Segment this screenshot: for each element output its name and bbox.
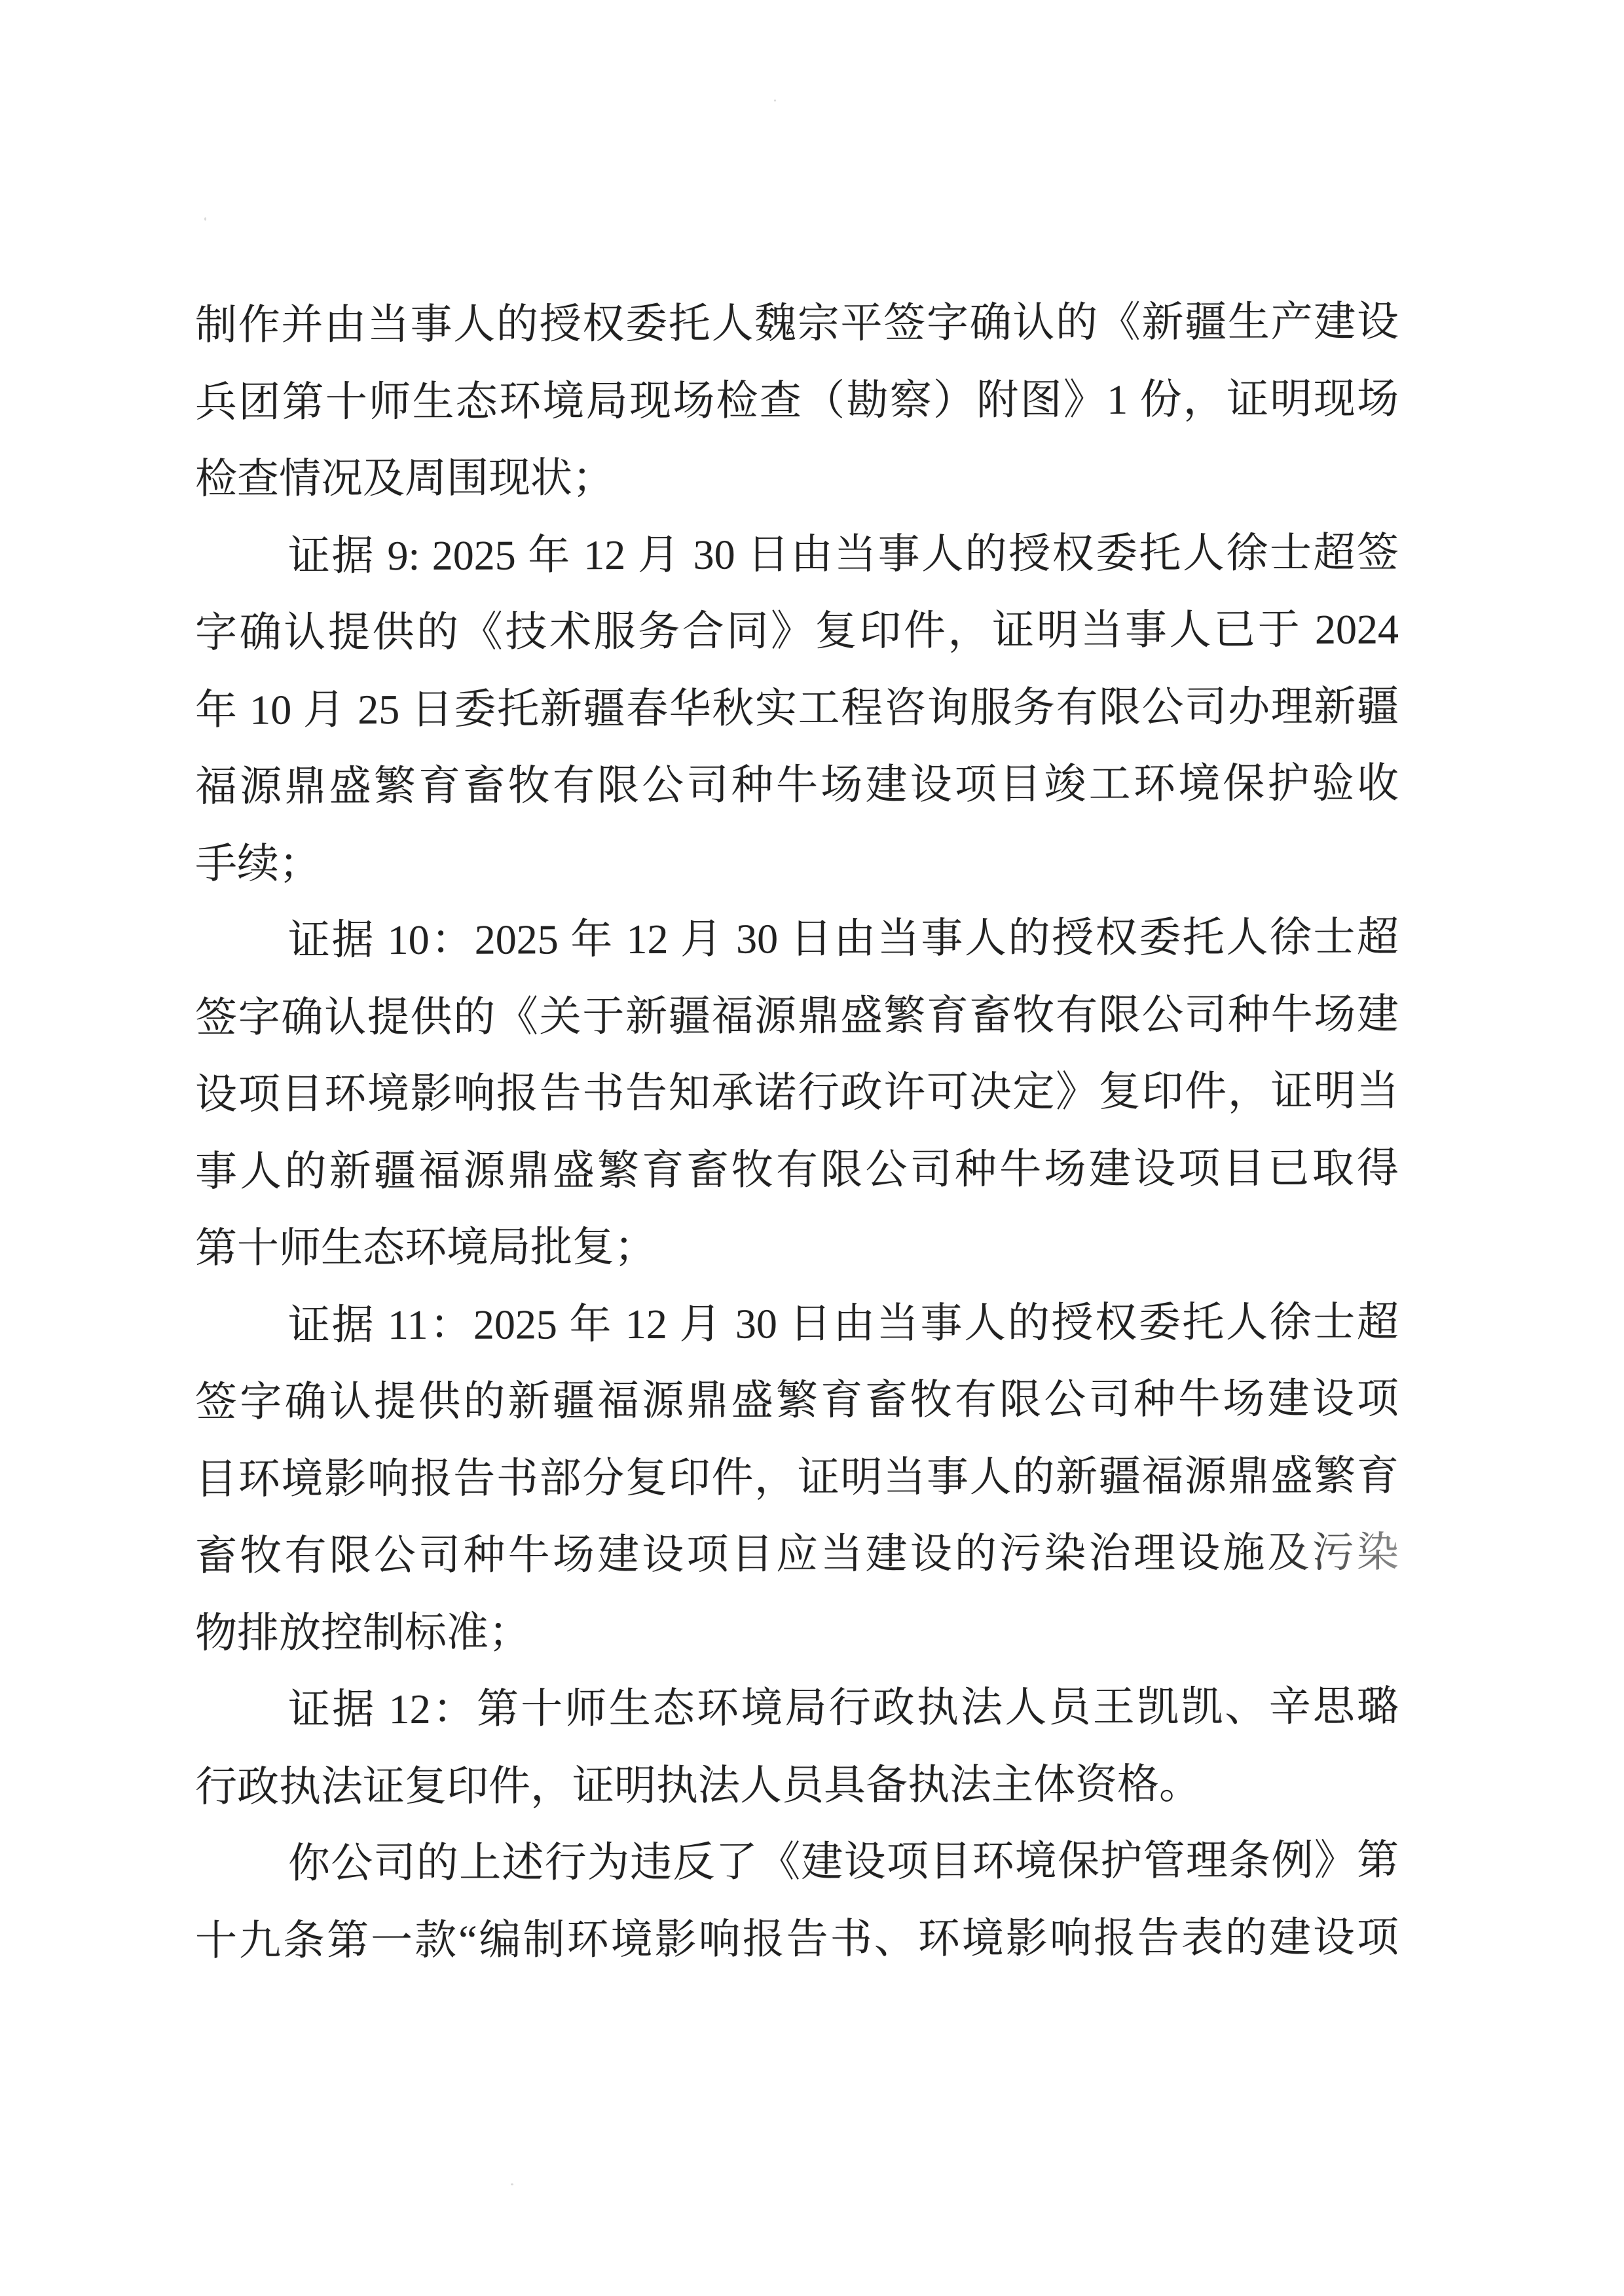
text-line: 签字确认提供的《关于新疆福源鼎盛繁育畜牧有限公司种牛场建 (195, 975, 1399, 1056)
text-line: 证据 11：2025 年 12 月 30 日由当事人的授权委托人徐士超 (195, 1283, 1399, 1364)
scan-speck (774, 100, 776, 101)
text-line: 签字确认提供的新疆福源鼎盛繁育畜牧有限公司种牛场建设项 (195, 1360, 1399, 1441)
text-line: 行政执法证复印件，证明执法人员具备执法主体资格。 (195, 1745, 1399, 1825)
text-line: 年 10 月 25 日委托新疆春华秋实工程咨询服务有限公司办理新疆 (195, 668, 1399, 748)
scan-speck (511, 2183, 513, 2185)
text-line: 检查情况及周围现状； (195, 437, 1399, 518)
scan-speck (913, 789, 915, 792)
text-line: 证据 12：第十师生态环境局行政执法人员王凯凯、辛思璐 (195, 1668, 1399, 1749)
text-line: 手续； (195, 822, 1399, 902)
document-text-block: 制作并由当事人的授权委托人魏宗平签字确认的《新疆生产建设 兵团第十师生态环境局现… (195, 283, 1399, 1979)
text-line: 畜牧有限公司种牛场建设项目应当建设的污染治理设施及污染 (195, 1514, 1399, 1595)
text-line: 第十师生态环境局批复； (195, 1207, 1399, 1287)
text-line: 事人的新疆福源鼎盛繁育畜牧有限公司种牛场建设项目已取得 (195, 1129, 1399, 1210)
text-line: 十九条第一款“编制环境影响报告书、环境影响报告表的建设项 (195, 1899, 1399, 1979)
text-line: 设项目环境影响报告书告知承诺行政许可决定》复印件，证明当 (195, 1053, 1399, 1133)
text-line: 物排放控制标准； (195, 1591, 1399, 1671)
scan-speck (204, 217, 206, 221)
text-line: 福源鼎盛繁育畜牧有限公司种牛场建设项目竣工环境保护验收 (195, 745, 1399, 826)
text-line: 你公司的上述行为违反了《建设项目环境保护管理条例》第 (195, 1822, 1399, 1903)
text-line: 制作并由当事人的授权委托人魏宗平签字确认的《新疆生产建设 (195, 283, 1399, 364)
text-line: 证据 9: 2025 年 12 月 30 日由当事人的授权委托人徐士超签 (195, 514, 1399, 594)
text-line: 字确认提供的《技术服务合同》复印件，证明当事人已于 2024 (195, 591, 1399, 672)
scanned-document-page: 制作并由当事人的授权委托人魏宗平签字确认的《新疆生产建设 兵团第十师生态环境局现… (0, 0, 1624, 2296)
text-line: 目环境影响报告书部分复印件，证明当事人的新疆福源鼎盛繁育 (195, 1437, 1399, 1518)
text-line: 兵团第十师生态环境局现场检查（勘察）附图》1 份，证明现场 (195, 360, 1399, 441)
text-line: 证据 10：2025 年 12 月 30 日由当事人的授权委托人徐士超 (195, 899, 1399, 979)
